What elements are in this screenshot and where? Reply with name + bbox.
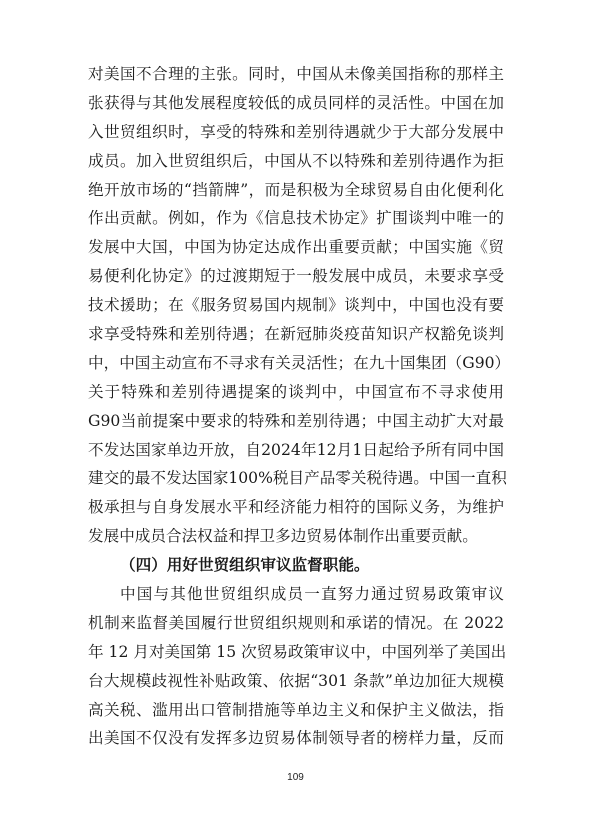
text-line: 张获得与其他发展程度较低的成员同样的灵活性。中国在加: [88, 89, 504, 118]
text-line: 作出贡献。例如，作为《信息技术协定》扩围谈判中唯一的: [88, 204, 504, 233]
body-text: 对美国不合理的主张。同时，中国从未像美国指称的那样主 张获得与其他发展程度较低的…: [88, 60, 504, 753]
text-line: 建交的最不发达国家100%税目产品零关税待遇。中国一直积: [88, 464, 504, 493]
paragraph-line: 台大规模歧视性补贴政策、依据“301 条款”单边加征大规模: [88, 667, 504, 696]
paragraph-line: 机制来监督美国履行世贸组织规则和承诺的情况。在 2022: [88, 609, 504, 638]
paragraph-line: 年 12 月对美国第 15 次贸易政策审议中，中国列举了美国出: [88, 638, 504, 667]
paragraph-line: 高关税、滥用出口管制措施等单边主义和保护主义做法，指: [88, 696, 504, 725]
text-line: 成员。加入世贸组织后，中国从不以特殊和差别待遇作为拒: [88, 147, 504, 176]
text-line: 技术援助；在《服务贸易国内规制》谈判中，中国也没有要: [88, 291, 504, 320]
text-line: 不发达国家单边开放，自2024年12月1日起给予所有同中国: [88, 436, 504, 465]
document-page: 对美国不合理的主张。同时，中国从未像美国指称的那样主 张获得与其他发展程度较低的…: [0, 0, 591, 837]
page-number: 109: [0, 772, 591, 783]
text-line: 关于特殊和差别待遇提案的谈判中，中国宣布不寻求使用: [88, 378, 504, 407]
text-line: 发展中大国，中国为协定达成作出重要贡献；中国实施《贸: [88, 233, 504, 262]
text-line: 极承担与自身发展水平和经济能力相符的国际义务，为维护: [88, 493, 504, 522]
text-line: 易便利化协定》的过渡期短于一般发展中成员，未要求享受: [88, 262, 504, 291]
text-line: 求享受特殊和差别待遇；在新冠肺炎疫苗知识产权豁免谈判: [88, 320, 504, 349]
text-line: 绝开放市场的“挡箭牌”，而是积极为全球贸易自由化便利化: [88, 176, 504, 205]
text-line: G90当前提案中要求的特殊和差别待遇；中国主动扩大对最: [88, 407, 504, 436]
text-line: 入世贸组织时，享受的特殊和差别待遇就少于大部分发展中: [88, 118, 504, 147]
section-heading: （四）用好世贸组织审议监督职能。: [88, 551, 504, 580]
paragraph-line: 出美国不仅没有发挥多边贸易体制领导者的榜样力量，反而: [88, 724, 504, 753]
text-line: 对美国不合理的主张。同时，中国从未像美国指称的那样主: [88, 60, 504, 89]
text-line: 发展中成员合法权益和捍卫多边贸易体制作出重要贡献。: [88, 522, 504, 551]
text-line: 中，中国主动宣布不寻求有关灵活性；在九十国集团（G90）: [88, 349, 504, 378]
paragraph-line: 中国与其他世贸组织成员一直努力通过贸易政策审议: [88, 580, 504, 609]
